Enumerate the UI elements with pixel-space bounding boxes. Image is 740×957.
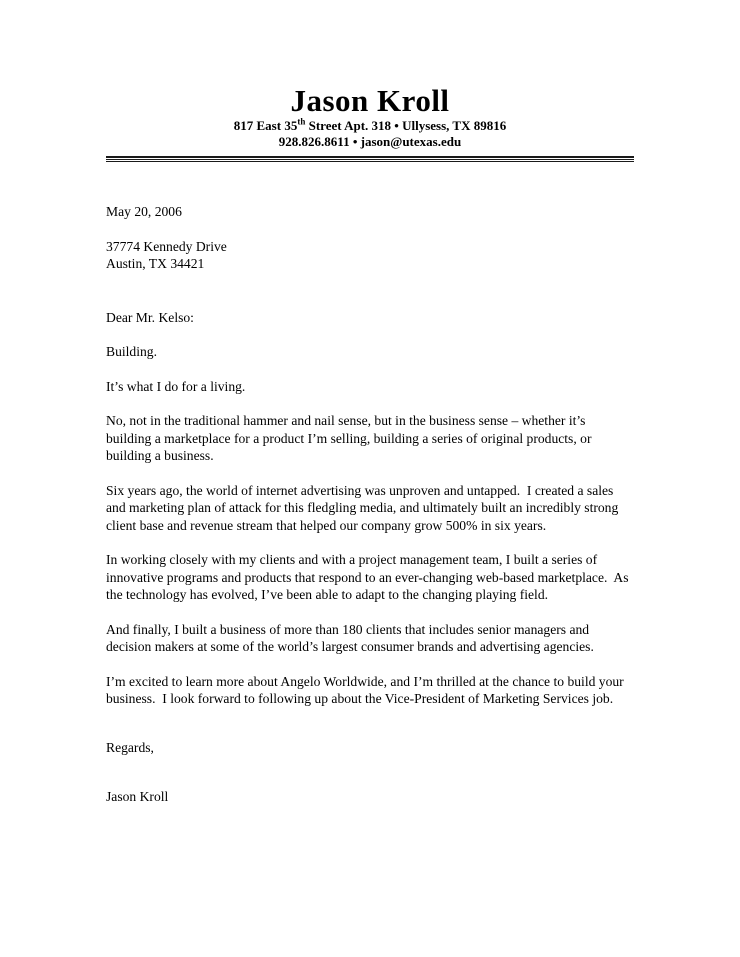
letterhead: Jason Kroll 817 East 35th Street Apt. 31… xyxy=(106,84,634,162)
letterhead-address: 817 East 35th Street Apt. 318 • Ullysess… xyxy=(106,118,634,134)
body-paragraph: Six years ago, the world of internet adv… xyxy=(106,482,634,535)
recipient-address-line: 37774 Kennedy Drive xyxy=(106,238,634,256)
salutation: Dear Mr. Kelso: xyxy=(106,309,634,327)
body-paragraph: It’s what I do for a living. xyxy=(106,378,634,396)
letterhead-contact: 928.826.8611 • jason@utexas.edu xyxy=(106,134,634,150)
body-paragraph: And finally, I built a business of more … xyxy=(106,621,634,656)
body-paragraph: I’m excited to learn more about Angelo W… xyxy=(106,673,634,708)
date-line: May 20, 2006 xyxy=(106,203,634,221)
letter-page: Jason Kroll 817 East 35th Street Apt. 31… xyxy=(0,0,740,957)
body-paragraph: Building. xyxy=(106,343,634,361)
letterhead-name: Jason Kroll xyxy=(106,84,634,118)
recipient-address-line: Austin, TX 34421 xyxy=(106,255,634,273)
body-paragraph: In working closely with my clients and w… xyxy=(106,551,634,604)
letterhead-divider-rule xyxy=(106,156,634,162)
letterhead-address-rest: Street Apt. 318 • Ullysess, TX 89816 xyxy=(305,118,506,133)
letter-body: May 20, 2006 37774 Kennedy Drive Austin,… xyxy=(106,203,634,806)
body-paragraph: No, not in the traditional hammer and na… xyxy=(106,412,634,465)
recipient-address: 37774 Kennedy Drive Austin, TX 34421 xyxy=(106,238,634,273)
signature-name: Jason Kroll xyxy=(106,788,634,806)
letterhead-address-street: 817 East 35 xyxy=(234,118,298,133)
closing: Regards, xyxy=(106,739,634,757)
